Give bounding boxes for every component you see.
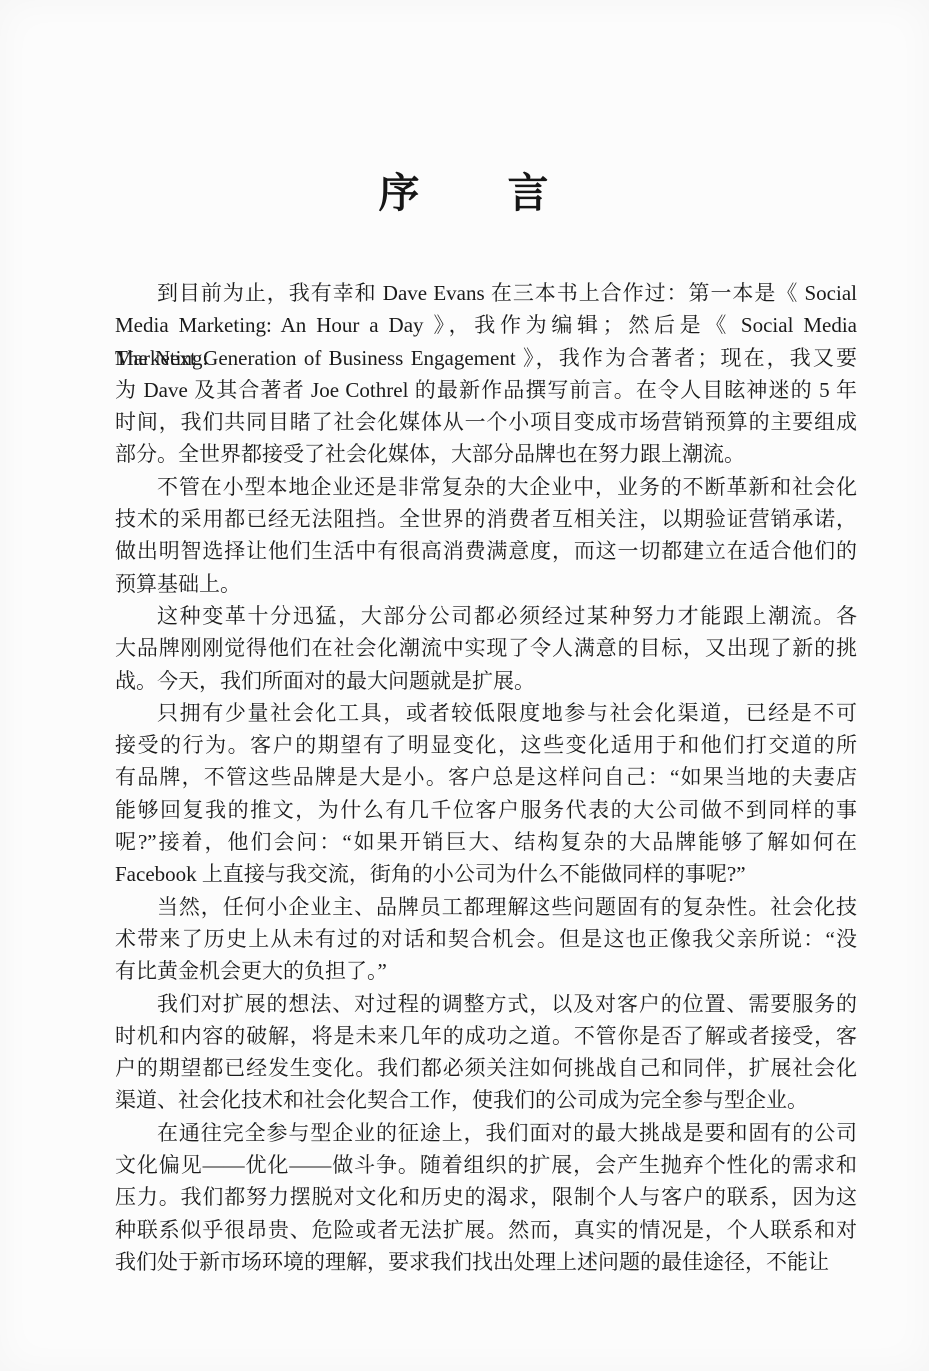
text-line: 当然，任何小企业主、品牌员工都理解这些问题固有的复杂性。社会化技: [115, 891, 857, 923]
text-line: 大品牌刚刚觉得他们在社会化潮流中实现了令人满意的目标，又出现了新的挑: [115, 632, 857, 664]
text-line: 预算基础上。: [115, 568, 857, 600]
text-line: 不管在小型本地企业还是非常复杂的大企业中，业务的不断革新和社会化: [115, 471, 857, 503]
text-line: 技术的采用都已经无法阻挡。全世界的消费者互相关注，以期验证营销承诺，: [115, 503, 857, 535]
paragraph: 我们对扩展的想法、对过程的调整方式，以及对客户的位置、需要服务的 时机和内容的破…: [115, 988, 857, 1117]
text-line: 时机和内容的破解，将是未来几年的成功之道。不管你是否了解或者接受，客: [115, 1020, 857, 1052]
text-line: 部分。全世界都接受了社会化媒体，大部分品牌也在努力跟上潮流。: [115, 438, 857, 470]
text-line: 我们对扩展的想法、对过程的调整方式，以及对客户的位置、需要服务的: [115, 988, 857, 1020]
text-line: Facebook 上直接与我交流，街角的小公司为什么不能做同样的事呢?”: [115, 858, 857, 890]
paragraph: 只拥有少量社会化工具，或者较低限度地参与社会化渠道，已经是不可 接受的行为。客户…: [115, 697, 857, 891]
text-line: 在通往完全参与型企业的征途上，我们面对的最大挑战是要和固有的公司: [115, 1117, 857, 1149]
text-line: 这种变革十分迅猛，大部分公司都必须经过某种努力才能跟上潮流。各: [115, 600, 857, 632]
text-line: 渠道、社会化技术和社会化契合工作，使我们的公司成为完全参与型企业。: [115, 1084, 857, 1116]
text-line: 有比黄金机会更大的负担了。”: [115, 955, 857, 987]
text-line: 术带来了历史上从未有过的对话和契合机会。但是这也正像我父亲所说：“没: [115, 923, 857, 955]
text-line: 战。今天，我们所面对的最大问题就是扩展。: [115, 665, 857, 697]
paragraph: 当然，任何小企业主、品牌员工都理解这些问题固有的复杂性。社会化技 术带来了历史上…: [115, 891, 857, 988]
text-line: 呢?”接着，他们会问：“如果开销巨大、结构复杂的大品牌能够了解如何在: [115, 826, 857, 858]
text-line: 做出明智选择让他们生活中有很高消费满意度，而这一切都建立在适合他们的: [115, 535, 857, 567]
paragraph: 到目前为止，我有幸和 Dave Evans 在三本书上合作过：第一本是《 Soc…: [115, 277, 857, 471]
text-line: 有品牌，不管这些品牌是大是小。客户总是这样问自己：“如果当地的夫妻店: [115, 761, 857, 793]
text-line: 压力。我们都努力摆脱对文化和历史的渴求，限制个人与客户的联系，因为这: [115, 1181, 857, 1213]
text-line: 接受的行为。客户的期望有了明显变化，这些变化适用于和他们打交道的所: [115, 729, 857, 761]
text-line: 能够回复我的推文，为什么有几千位客户服务代表的大公司做不到同样的事: [115, 794, 857, 826]
paragraph: 在通往完全参与型企业的征途上，我们面对的最大挑战是要和固有的公司 文化偏见——优…: [115, 1117, 857, 1278]
text-line: Media Marketing: An Hour a Day 》，我作为编辑；然…: [115, 309, 857, 341]
text-line: 文化偏见——优化——做斗争。随着组织的扩展，会产生抛弃个性化的需求和: [115, 1149, 857, 1181]
text-line: 时间，我们共同目睹了社会化媒体从一个小项目变成市场营销预算的主要组成: [115, 406, 857, 438]
text-line: The Next Generation of Business Engageme…: [115, 342, 857, 374]
preface-body: 到目前为止，我有幸和 Dave Evans 在三本书上合作过：第一本是《 Soc…: [115, 277, 857, 1278]
text-line: 户的期望都已经发生变化。我们都必须关注如何挑战自己和同伴，扩展社会化: [115, 1052, 857, 1084]
text-line: 我们处于新市场环境的理解，要求我们找出处理上述问题的最佳途径，不能让: [115, 1246, 857, 1278]
text-line: 种联系似乎很昂贵、危险或者无法扩展。然而，真实的情况是，个人联系和对: [115, 1214, 857, 1246]
text-line: 为 Dave 及其合著者 Joe Cothrel 的最新作品撰写前言。在令人目眩…: [115, 374, 857, 406]
text-line: 只拥有少量社会化工具，或者较低限度地参与社会化渠道，已经是不可: [115, 697, 857, 729]
paragraph: 不管在小型本地企业还是非常复杂的大企业中，业务的不断革新和社会化 技术的采用都已…: [115, 471, 857, 600]
book-page: 序 言 到目前为止，我有幸和 Dave Evans 在三本书上合作过：第一本是《…: [0, 0, 929, 1371]
paragraph: 这种变革十分迅猛，大部分公司都必须经过某种努力才能跟上潮流。各 大品牌刚刚觉得他…: [115, 600, 857, 697]
page-title: 序 言: [0, 160, 929, 219]
text-line: 到目前为止，我有幸和 Dave Evans 在三本书上合作过：第一本是《 Soc…: [115, 277, 857, 309]
